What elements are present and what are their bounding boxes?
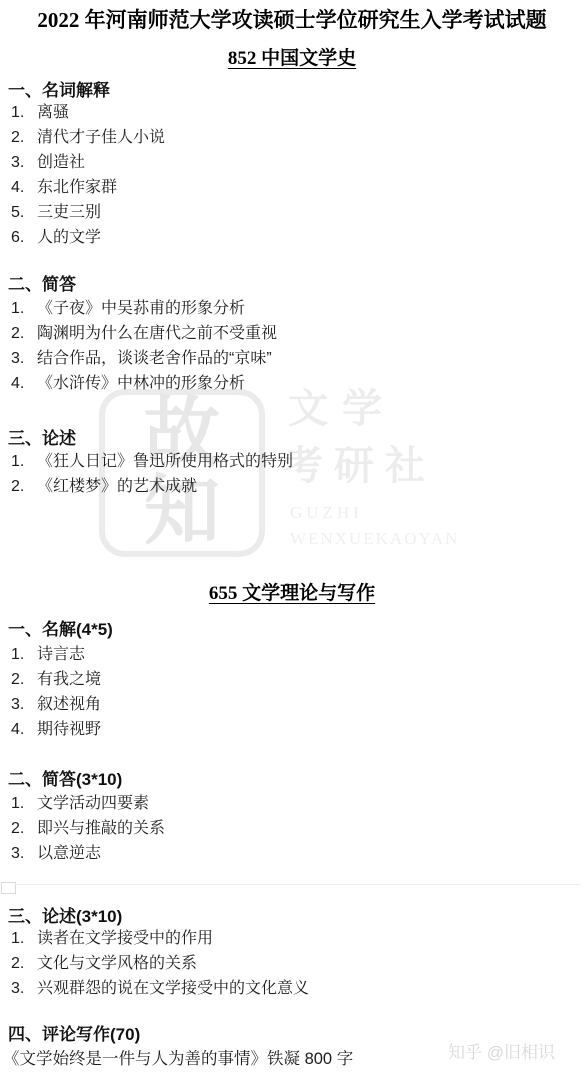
question-item: 叙述视角 xyxy=(11,692,101,717)
question-list-852-2: 《子夜》中吴荪甫的形象分析 陶渊明为什么在唐代之前不受重视 结合作品，谈谈老舍作… xyxy=(11,296,277,396)
section-heading-852-1: 一、名词解释 xyxy=(8,76,110,101)
question-item: 《狂人日记》鲁迅所使用格式的特别 xyxy=(11,449,293,474)
question-item: 清代才子佳人小说 xyxy=(11,125,165,150)
question-list-655-1: 诗言志 有我之境 叙述视角 期待视野 xyxy=(11,642,101,742)
question-item: 创造社 xyxy=(11,150,165,175)
question-item: 陶渊明为什么在唐代之前不受重视 xyxy=(11,321,277,346)
question-item: 《红楼梦》的艺术成就 xyxy=(11,474,293,499)
question-item: 《水浒传》中林冲的形象分析 xyxy=(11,371,277,396)
question-item: 以意逆志 xyxy=(11,841,165,866)
question-item: 人的文学 xyxy=(11,225,165,250)
question-item: 期待视野 xyxy=(11,717,101,742)
question-item: 即兴与推敲的关系 xyxy=(11,816,165,841)
question-item: 读者在文学接受中的作用 xyxy=(11,926,309,951)
question-item: 离骚 xyxy=(11,100,165,125)
question-item: 文学活动四要素 xyxy=(11,791,165,816)
question-item: 兴观群怨的说在文学接受中的文化意义 xyxy=(11,976,309,1001)
essay-prompt: 《文学始终是一件与人为善的事情》铁凝 800 字 xyxy=(3,1045,353,1069)
exam-document: 2022 年河南师范大学攻读硕士学位研究生入学考试试题 852 中国文学史 一、… xyxy=(0,0,584,1075)
section-heading-655-4: 四、评论写作(70) xyxy=(8,1020,140,1045)
question-item: 文化与文学风格的关系 xyxy=(11,951,309,976)
question-list-655-2: 文学活动四要素 即兴与推敲的关系 以意逆志 xyxy=(11,791,165,866)
section-heading-852-3: 三、论述 xyxy=(8,424,76,449)
question-list-655-3: 读者在文学接受中的作用 文化与文学风格的关系 兴观群怨的说在文学接受中的文化意义 xyxy=(11,926,309,1001)
page-title: 2022 年河南师范大学攻读硕士学位研究生入学考试试题 xyxy=(0,4,584,34)
question-item: 结合作品，谈谈老舍作品的“京味” xyxy=(11,346,277,371)
subject-title-852: 852 中国文学史 xyxy=(0,43,584,70)
question-item: 有我之境 xyxy=(11,667,101,692)
question-item: 诗言志 xyxy=(11,642,101,667)
question-item: 东北作家群 xyxy=(11,175,165,200)
question-list-852-3: 《狂人日记》鲁迅所使用格式的特别 《红楼梦》的艺术成就 xyxy=(11,449,293,499)
section-heading-655-1: 一、名解(4*5) xyxy=(8,615,113,640)
section-heading-852-2: 二、简答 xyxy=(8,270,76,295)
question-list-852-1: 离骚 清代才子佳人小说 创造社 东北作家群 三吏三别 人的文学 xyxy=(11,100,165,250)
question-item: 三吏三别 xyxy=(11,200,165,225)
subject-title-655: 655 文学理论与写作 xyxy=(0,578,584,605)
section-heading-655-2: 二、简答(3*10) xyxy=(8,765,122,790)
section-heading-655-3: 三、论述(3*10) xyxy=(8,902,122,927)
question-item: 《子夜》中吴荪甫的形象分析 xyxy=(11,296,277,321)
